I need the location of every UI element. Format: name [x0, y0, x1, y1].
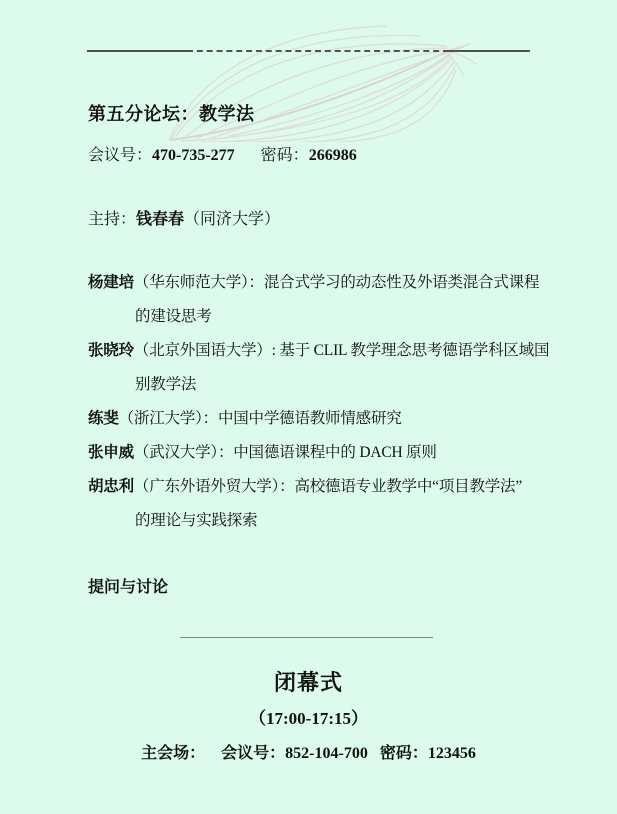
divider-solid-left [87, 50, 187, 52]
closing-meeting-id-value: 852-104-700 [285, 745, 368, 762]
presentation-text: （北京外国语大学）: 基于 CLIL 教学理念思考德语学科区域国 [134, 342, 549, 359]
meeting-id-value: 470-735-277 [152, 147, 235, 164]
divider-dashed-middle [187, 50, 449, 52]
presentation-list: 杨建培（华东师范大学）：混合式学习的动态性及外语类混合式课程 的建设思考 张晓玲… [88, 266, 549, 538]
closing-title: 闭幕式 [0, 666, 617, 697]
divider-solid-right [449, 50, 530, 52]
host-name: 钱春春 [136, 211, 184, 228]
presentation-text: （浙江大学）：中国中学德语教师情感研究 [119, 410, 402, 427]
forum-title: 第五分论坛：教学法 [88, 100, 255, 126]
presentation-line: 杨建培（华东师范大学）：混合式学习的动态性及外语类混合式课程 [88, 266, 549, 300]
speaker-name: 杨建培 [88, 274, 134, 291]
presentation-line: 胡忠利（广东外语外贸大学）：高校德语专业教学中“项目教学法” [88, 470, 549, 504]
host-affiliation: （同济大学） [184, 211, 280, 228]
speaker-name: 张晓玲 [88, 342, 134, 359]
presentation-text: （广东外语外贸大学）：高校德语专业教学中“项目教学法” [134, 478, 522, 495]
section-divider [180, 637, 433, 638]
presentation-text: （武汉大学）：中国德语课程中的 DACH 原则 [134, 444, 437, 461]
presentation-text: （华东师范大学）：混合式学习的动态性及外语类混合式课程 [134, 274, 539, 291]
meeting-id-label: 会议号： [88, 147, 152, 164]
qa-heading: 提问与讨论 [88, 574, 168, 597]
meeting-info-line: 会议号：470-735-277密码：266986 [88, 142, 357, 165]
top-divider [87, 50, 530, 52]
closing-venue-line: 主会场：会议号：852-104-700密码：123456 [0, 740, 617, 763]
speaker-name: 练斐 [88, 410, 119, 427]
presentation-line-wrap: 别教学法 [88, 368, 549, 402]
speaker-name: 张申威 [88, 444, 134, 461]
meeting-password-label: 密码： [261, 147, 309, 164]
closing-time: （17:00-17:15） [0, 704, 617, 729]
meeting-password-value: 266986 [309, 147, 357, 164]
closing-password-value: 123456 [428, 745, 476, 762]
speaker-name: 胡忠利 [88, 478, 134, 495]
presentation-line-wrap: 的理论与实践探索 [88, 504, 549, 538]
venue-label: 主会场： [141, 745, 205, 762]
program-page: 第五分论坛：教学法 会议号：470-735-277密码：266986 主持：钱春… [0, 0, 617, 814]
host-label: 主持： [88, 211, 136, 228]
presentation-line: 练斐（浙江大学）：中国中学德语教师情感研究 [88, 402, 549, 436]
presentation-line: 张申威（武汉大学）：中国德语课程中的 DACH 原则 [88, 436, 549, 470]
presentation-line-wrap: 的建设思考 [88, 300, 549, 334]
closing-password-label: 密码： [380, 745, 428, 762]
host-line: 主持：钱春春（同济大学） [88, 206, 280, 229]
closing-meeting-id-label: 会议号： [221, 745, 285, 762]
presentation-line: 张晓玲（北京外国语大学）: 基于 CLIL 教学理念思考德语学科区域国 [88, 334, 549, 368]
